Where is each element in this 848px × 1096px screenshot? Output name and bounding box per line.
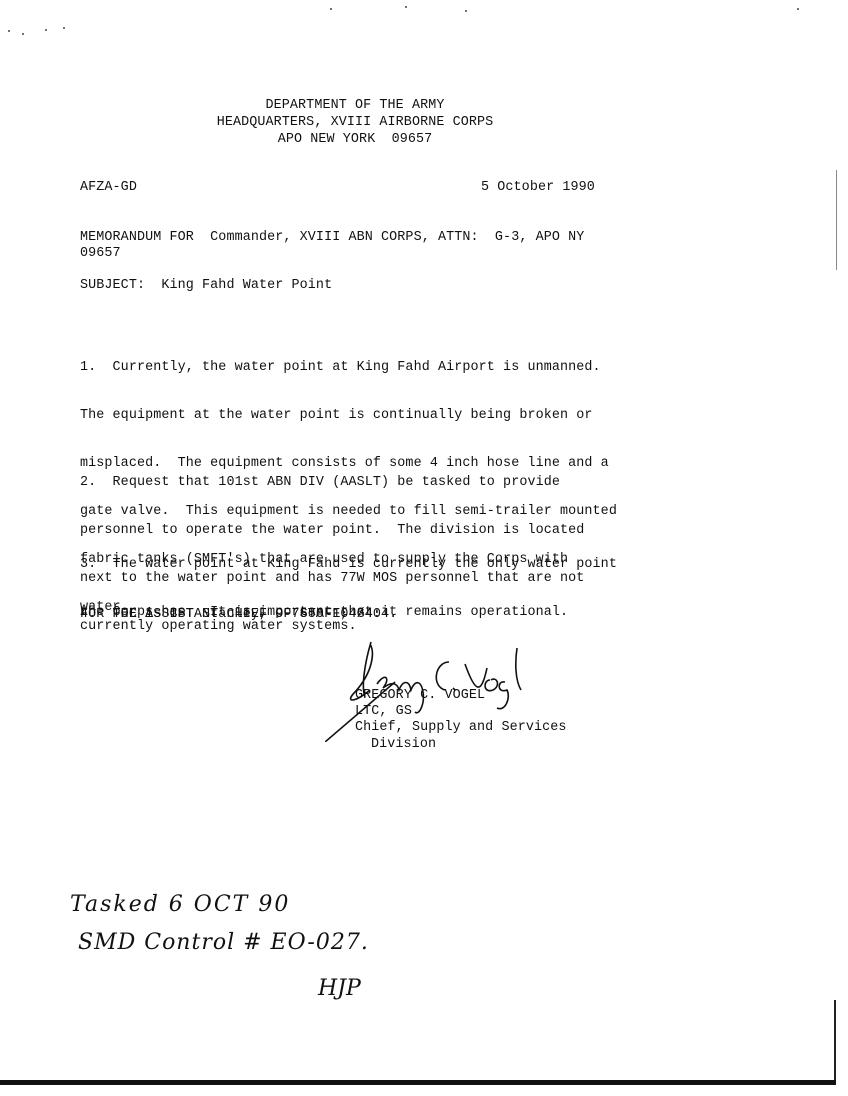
signer-rank: LTC, GS (355, 704, 412, 720)
memorandum-for: MEMORANDUM FOR Commander, XVIII ABN CORP… (80, 230, 584, 246)
margin-mark (836, 170, 837, 270)
paragraph-line: 3. The water point at King Fahd is curre… (80, 557, 680, 573)
letterhead-department: DEPARTMENT OF THE ARMY (0, 98, 710, 114)
handwritten-initials: HJP (318, 976, 361, 1001)
scan-speck (8, 30, 10, 32)
signer-name: GREGORY C. VOGEL (355, 688, 485, 704)
letterhead-address: APO NEW YORK 09657 (0, 132, 710, 148)
scan-bottom-edge (0, 1080, 836, 1085)
authority-line: FOR THE ASSISTANT CHIEF OF STAFF, G4: (80, 607, 381, 623)
paragraph-line: 2. Request that 101st ABN DIV (AASLT) be… (80, 475, 680, 491)
memorandum-for-zip: 09657 (80, 246, 121, 262)
handwritten-control-number: SMD Control # EO-027. (78, 930, 369, 955)
scan-speck (405, 6, 407, 8)
paragraph-line: The equipment at the water point is cont… (80, 408, 680, 424)
paragraph-line: 1. Currently, the water point at King Fa… (80, 360, 680, 376)
office-symbol: AFZA-GD (80, 180, 137, 196)
margin-mark (834, 1000, 836, 1082)
scan-speck (45, 29, 47, 31)
scan-speck (797, 8, 799, 10)
scan-speck (330, 8, 332, 10)
scan-speck (22, 33, 24, 35)
scan-speck (63, 27, 65, 29)
memo-date: 5 October 1990 (481, 180, 595, 196)
scan-speck (465, 10, 467, 12)
signer-division: Division (371, 737, 436, 753)
handwritten-tasked-note: Tasked 6 OCT 90 (70, 892, 290, 917)
memo-subject: SUBJECT: King Fahd Water Point (80, 278, 332, 294)
letterhead-headquarters: HEADQUARTERS, XVIII AIRBORNE CORPS (0, 115, 710, 131)
signer-title: Chief, Supply and Services (355, 720, 567, 736)
